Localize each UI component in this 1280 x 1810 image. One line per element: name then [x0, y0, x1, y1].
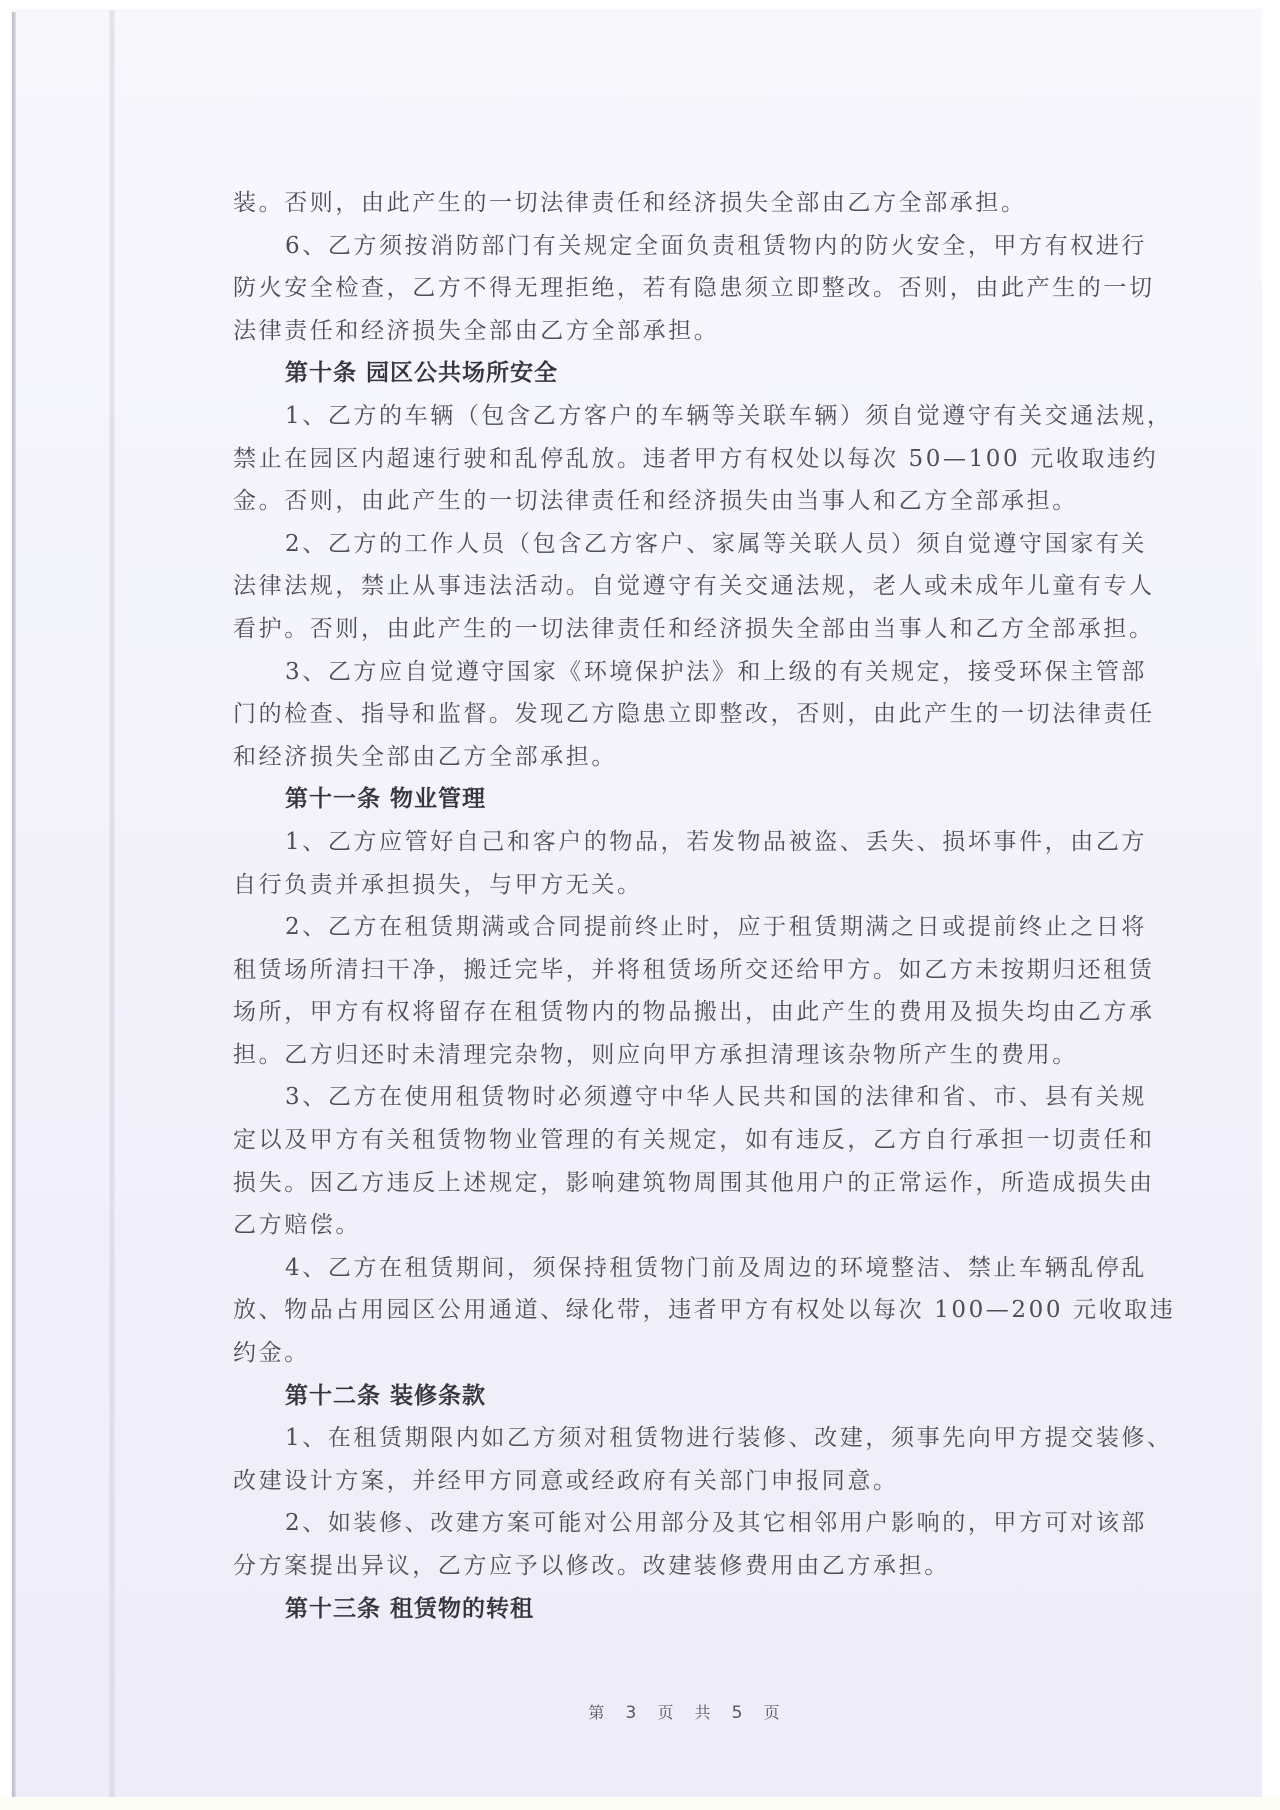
paragraph-line: 担。乙方归还时未清理完杂物，则应向甲方承担清理该杂物所产生的费用。 [233, 1034, 1147, 1077]
paragraph-line: 2、乙方的工作人员（包含乙方客户、家属等关联人员）须自觉遵守国家有关 [233, 523, 1147, 566]
paragraph-line: 自行负责并承担损失，与甲方无关。 [233, 864, 1147, 907]
paragraph-line: 场所，甲方有权将留存在租赁物内的物品搬出，由此产生的费用及损失均由乙方承 [233, 991, 1147, 1034]
paragraph-line: 装。否则，由此产生的一切法律责任和经济损失全部由乙方全部承担。 [233, 182, 1147, 225]
document-body: 装。否则，由此产生的一切法律责任和经济损失全部由乙方全部承担。6、乙方须按消防部… [233, 182, 1147, 1630]
total-pages-number: 5 [732, 1703, 751, 1723]
paragraph-line: 租赁场所清扫干净，搬迁完毕，并将租赁场所交还给甲方。如乙方未按期归还租赁 [233, 949, 1147, 992]
paragraph-line: 3、乙方在使用租赁物时必须遵守中华人民共和国的法律和省、市、县有关规 [233, 1076, 1147, 1119]
paragraph-line: 4、乙方在租赁期间，须保持租赁物门前及周边的环境整洁、禁止车辆乱停乱 [233, 1247, 1147, 1290]
paragraph-line: 法律法规，禁止从事违法活动。自觉遵守有关交通法规，老人或未成年儿童有专人 [233, 565, 1147, 608]
footer-suffix: 页 [764, 1703, 788, 1722]
gutter-fold [108, 10, 116, 1797]
paragraph-line: 禁止在园区内超速行驶和乱停乱放。违者甲方有权处以每次 50—100 元收取违约 [233, 438, 1147, 481]
paragraph-line: 门的检查、指导和监督。发现乙方隐患立即整改，否则，由此产生的一切法律责任 [233, 693, 1147, 736]
paragraph-line: 1、乙方的车辆（包含乙方客户的车辆等关联车辆）须自觉遵守有关交通法规， [233, 395, 1147, 438]
paragraph-line: 防火安全检查，乙方不得无理拒绝，若有隐患须立即整改。否则，由此产生的一切 [233, 267, 1147, 310]
footer-prefix: 第 [588, 1703, 612, 1722]
section-heading: 第十条 园区公共场所安全 [233, 352, 1147, 395]
paragraph-line: 约金。 [233, 1332, 1147, 1375]
paragraph-line: 6、乙方须按消防部门有关规定全面负责租赁物内的防火安全，甲方有权进行 [233, 225, 1147, 268]
page-margin-bottom [0, 1797, 1280, 1810]
paragraph-line: 和经济损失全部由乙方全部承担。 [233, 736, 1147, 779]
paragraph-line: 乙方赔偿。 [233, 1204, 1147, 1247]
paragraph-line: 1、乙方应管好自己和客户的物品，若发物品被盗、丢失、损坏事件，由乙方 [233, 821, 1147, 864]
page-margin-right [1262, 10, 1280, 1810]
paragraph-line: 3、乙方应自觉遵守国家《环境保护法》和上级的有关规定，接受环保主管部 [233, 651, 1147, 694]
paragraph-line: 放、物品占用园区公用通道、绿化带，违者甲方有权处以每次 100—200 元收取违 [233, 1289, 1147, 1332]
binding-edge [12, 12, 16, 1797]
footer-middle: 页 共 [657, 1703, 718, 1722]
paragraph-line: 分方案提出异议，乙方应予以修改。改建装修费用由乙方承担。 [233, 1545, 1147, 1588]
current-page-number: 3 [626, 1703, 645, 1723]
paragraph-line: 法律责任和经济损失全部由乙方全部承担。 [233, 310, 1147, 353]
page-footer: 第 3 页 共 5 页 [0, 1700, 1280, 1723]
paragraph-line: 定以及甲方有关租赁物物业管理的有关规定，如有违反，乙方自行承担一切责任和 [233, 1119, 1147, 1162]
paragraph-line: 改建设计方案，并经甲方同意或经政府有关部门申报同意。 [233, 1460, 1147, 1503]
paragraph-line: 2、如装修、改建方案可能对公用部分及其它相邻用户影响的，甲方可对该部 [233, 1502, 1147, 1545]
section-heading: 第十二条 装修条款 [233, 1375, 1147, 1418]
section-heading: 第十一条 物业管理 [233, 778, 1147, 821]
paragraph-line: 2、乙方在租赁期满或合同提前终止时，应于租赁期满之日或提前终止之日将 [233, 906, 1147, 949]
paragraph-line: 看护。否则，由此产生的一切法律责任和经济损失全部由当事人和乙方全部承担。 [233, 608, 1147, 651]
section-heading: 第十三条 租赁物的转租 [233, 1588, 1147, 1631]
paragraph-line: 1、在租赁期限内如乙方须对租赁物进行装修、改建，须事先向甲方提交装修、 [233, 1417, 1147, 1460]
paragraph-line: 金。否则，由此产生的一切法律责任和经济损失由当事人和乙方全部承担。 [233, 480, 1147, 523]
paragraph-line: 损失。因乙方违反上述规定，影响建筑物周围其他用户的正常运作，所造成损失由 [233, 1162, 1147, 1205]
